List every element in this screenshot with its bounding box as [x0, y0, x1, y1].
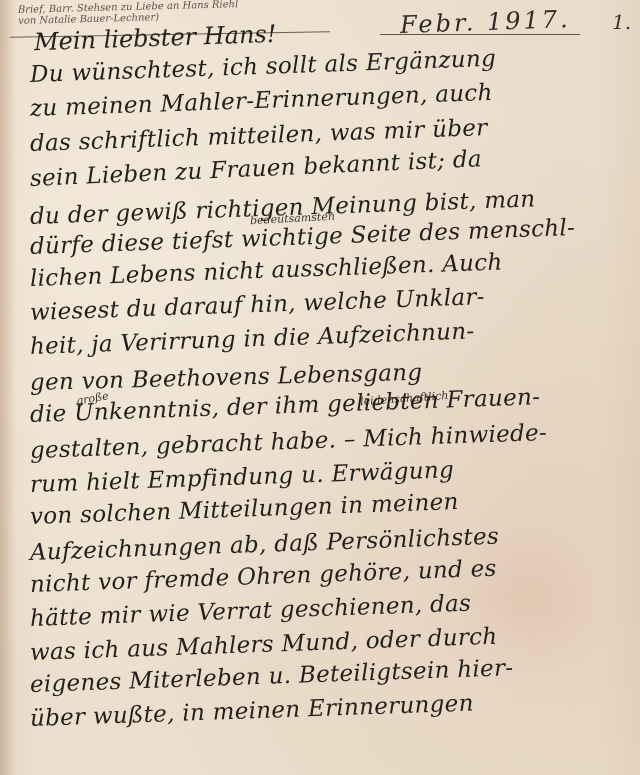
letter-line-17: hätte mir wie Verrat geschienen, das [30, 591, 472, 632]
letter-line-2: zu meinen Mahler-Erinnerungen, auch [30, 80, 494, 122]
letter-page: Brief, Barr. Stehsen zu Liebe an Hans Ri… [0, 0, 640, 775]
letter-line-20: über wußte, in meinen Erinnerungen [30, 691, 475, 732]
date-divider [380, 34, 580, 35]
paper-edge-shadow [0, 0, 16, 775]
letter-line-9: heit, ja Verirrung in die Aufzeichnun- [30, 318, 475, 360]
page-number: 1. [612, 10, 631, 34]
letter-line-12: gestalten, gebracht habe. – Mich hinwied… [30, 420, 548, 464]
